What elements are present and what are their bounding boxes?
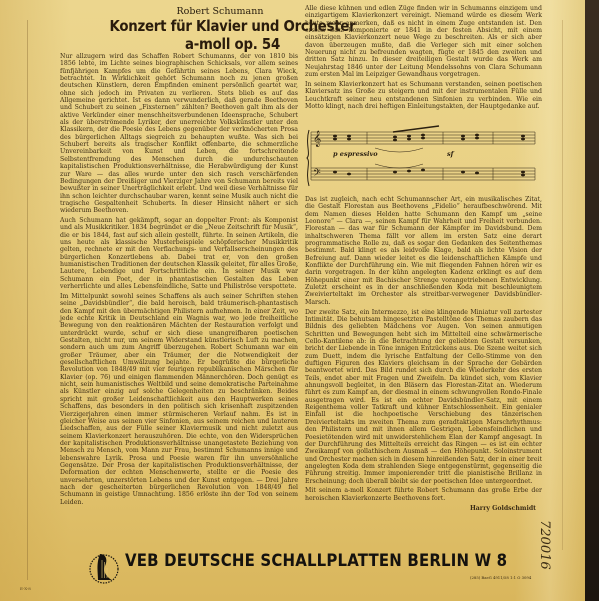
eterna-harp-logo-icon [88,550,120,586]
fold-line [27,20,28,580]
catalog-number: 720016 [537,520,552,570]
paragraph: Mit seinem a-moll Konzert führte Robert … [305,487,542,502]
paragraph: Alle diese kühnen und edlen Züge finden … [305,5,542,78]
printer-mark: E-X-8 [20,586,31,591]
liner-notes-left-column: Nur allzugern wird das Schaffen Robert S… [60,53,298,508]
publisher-label: VEB DEUTSCHE SCHALLPLATTEN BERLIN W 8 [125,551,507,571]
fold-line [562,20,563,550]
paragraph: Im Mittelpunkt sowohl seines Schaffens a… [60,293,298,506]
paragraph: Das ist zugleich, nach echt Schumannsche… [305,196,542,306]
music-notation-example: 𝄞 𝄢 p espressivo sf [305,124,542,192]
liner-notes-right-column-top: Alle diese kühnen und edlen Züge finden … [305,5,542,113]
liner-notes-right-column-bottom: Das ist zugleich, nach echt Schumannsche… [305,196,542,514]
paragraph: Nur allzugern wird das Schaffen Robert S… [60,53,298,215]
svg-text:𝄢: 𝄢 [313,167,321,181]
accent-marking: sf [447,150,455,158]
paragraph: In seinem Klavierkonzert hat es Schumann… [305,81,542,110]
print-code: (285) BaeG 4911/58 1:1 O 3094 [470,575,531,580]
author-signature: Harry Goldschmidt [305,505,542,512]
record-sleeve-back: Robert Schumann Konzert für Klavier und … [0,0,585,601]
dynamic-marking: p espressivo [333,150,378,158]
paragraph: Auch Schumann hat gekämpft, sogar an dop… [60,217,298,290]
background-edge [585,0,599,601]
paragraph: Der zweite Satz, ein Intermezzo, ist ein… [305,309,542,485]
svg-text:𝄞: 𝄞 [313,131,321,147]
